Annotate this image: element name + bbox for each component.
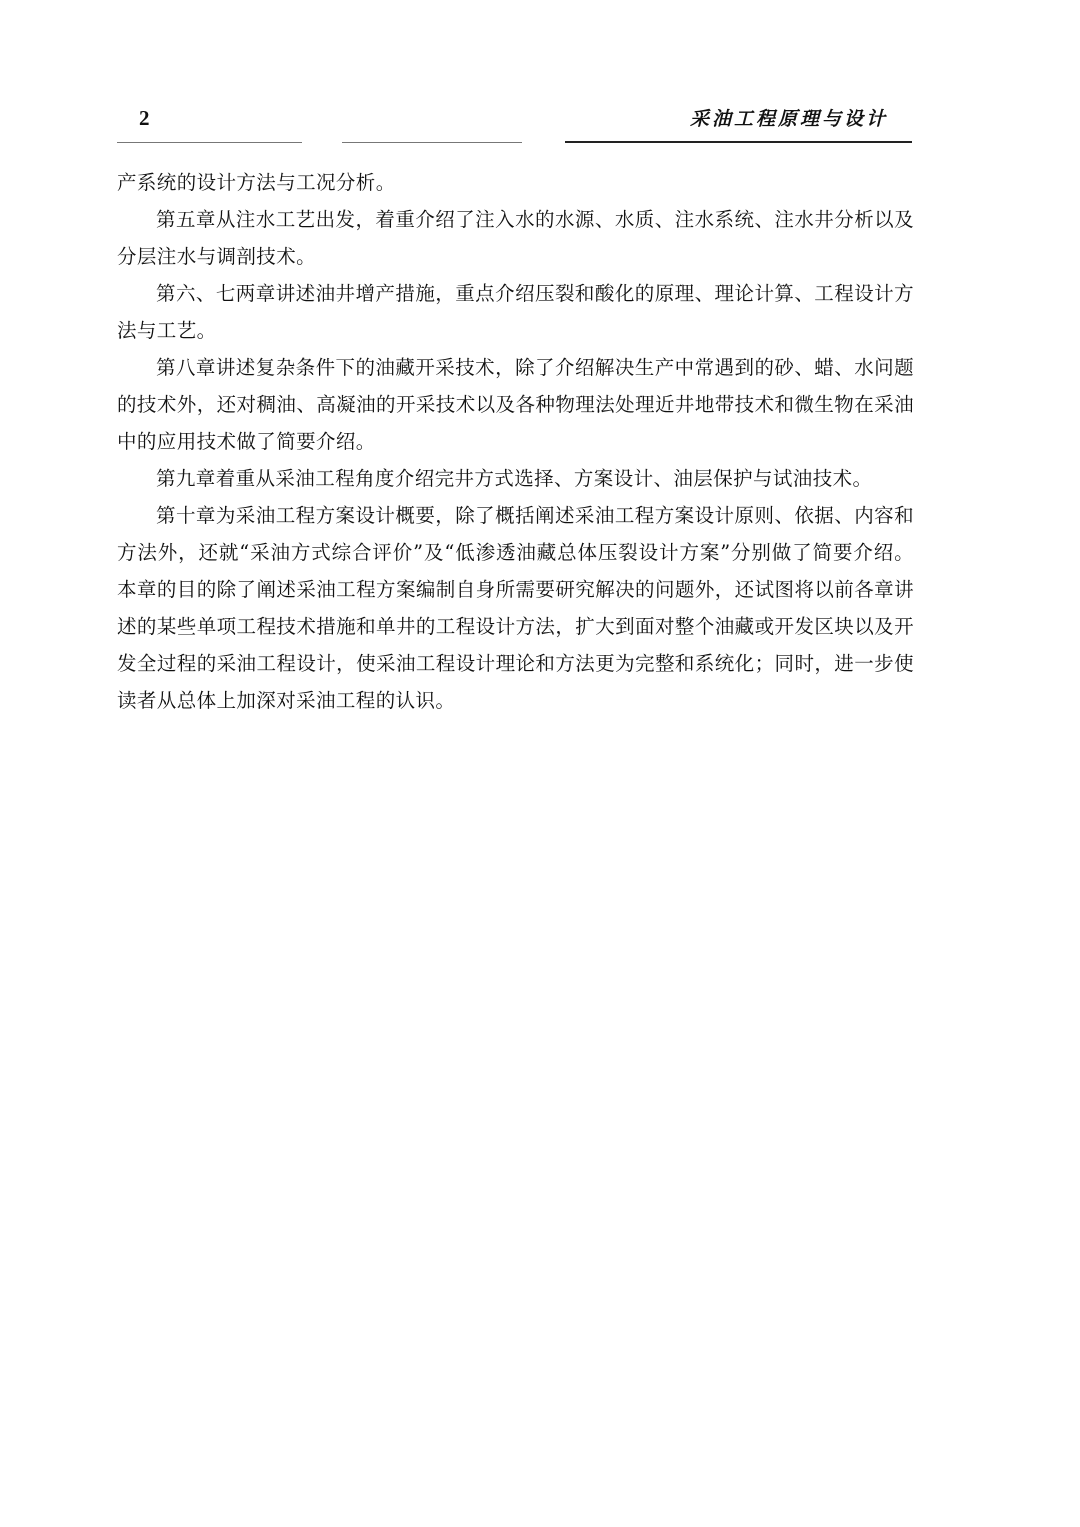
header-rule <box>117 141 912 143</box>
paragraph-chapter-5: 第五章从注水工艺出发，着重介绍了注入水的水源、水质、注水系统、注水井分析以及分层… <box>117 201 914 275</box>
paragraph-chapter-10: 第十章为采油工程方案设计概要，除了概括阐述采油工程方案设计原则、依据、内容和方法… <box>117 497 914 719</box>
paragraph-continuation: 产系统的设计方法与工况分析。 <box>117 164 914 201</box>
paragraph-chapter-8: 第八章讲述复杂条件下的油藏开采技术，除了介绍解决生产中常遇到的砂、蜡、水问题的技… <box>117 349 914 460</box>
page-number: 2 <box>139 106 150 131</box>
paragraph-chapter-6-7: 第六、七两章讲述油井增产措施，重点介绍压裂和酸化的原理、理论计算、工程设计方法与… <box>117 275 914 349</box>
paragraph-chapter-9: 第九章着重从采油工程角度介绍完井方式选择、方案设计、油层保护与试油技术。 <box>117 460 914 497</box>
page-header: 2 采油工程原理与设计 <box>117 104 912 136</box>
running-title: 采油工程原理与设计 <box>690 104 888 131</box>
body-text: 产系统的设计方法与工况分析。 第五章从注水工艺出发，着重介绍了注入水的水源、水质… <box>117 164 914 719</box>
